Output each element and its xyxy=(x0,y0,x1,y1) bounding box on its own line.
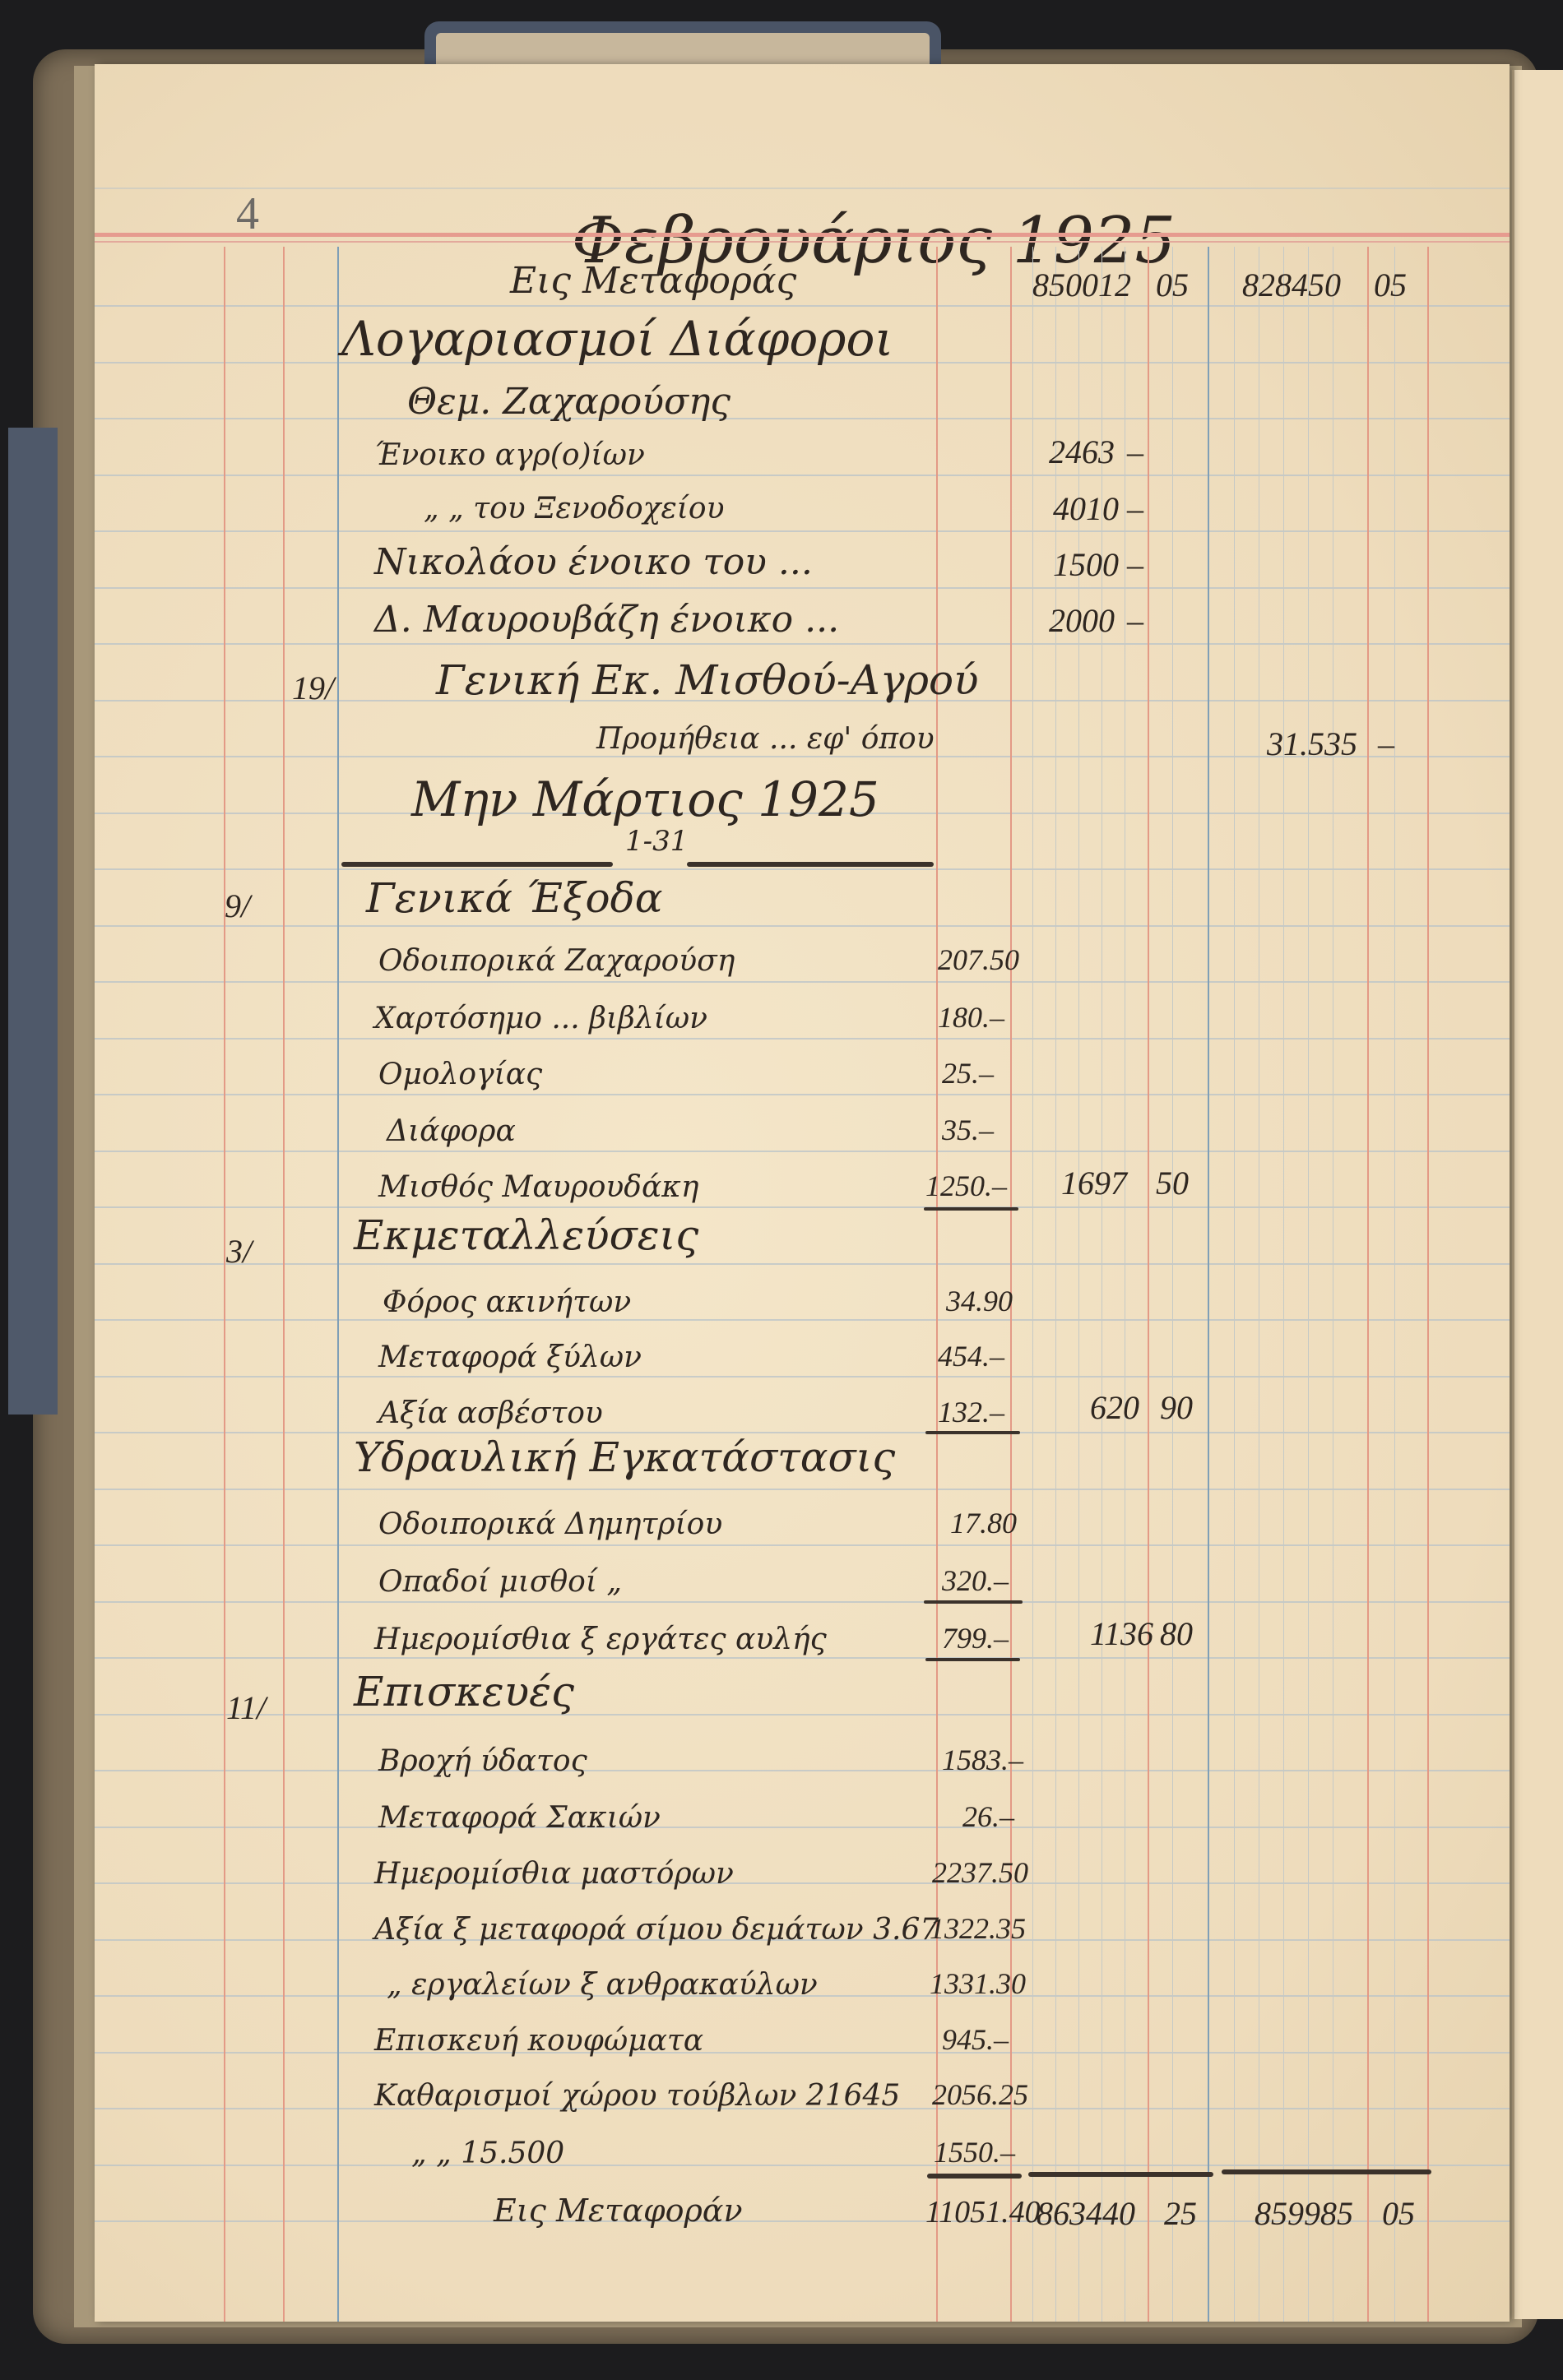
ledger-item: Επισκευή κουφώματα xyxy=(374,2024,703,2058)
item-amount: 2237.50 xyxy=(932,1855,1028,1890)
ledger-item: „ „ 15.500 xyxy=(411,2137,564,2170)
item-amount: 34.90 xyxy=(946,1284,1013,1318)
credit-cents-rule xyxy=(1367,247,1369,2322)
item-debit: 2000 xyxy=(1049,601,1115,640)
binding-tape-left xyxy=(8,428,58,1415)
item-debit: 1500 xyxy=(1053,545,1119,584)
item-amount: 35.– xyxy=(942,1113,994,1147)
month-heading: Μην Μάρτιος 1925 xyxy=(411,771,879,827)
credit-end-rule xyxy=(1427,247,1429,2322)
item-amount: 17.80 xyxy=(950,1506,1017,1540)
ledger-item: Μισθός Μαυρουδάκη xyxy=(378,1170,698,1204)
ledger-item: Οδοιπορικά Ζαχαρούση xyxy=(378,944,735,978)
item-amount: 26.– xyxy=(962,1799,1014,1834)
item-amount: 454.– xyxy=(938,1339,1004,1373)
item-amount: 1583.– xyxy=(942,1743,1023,1777)
header-rule-thin xyxy=(95,241,1510,243)
ledger-item: Ένοικο αγρ(ο)ίων xyxy=(374,438,645,472)
item-amount: 320.– xyxy=(942,1563,1009,1598)
ledger-item: Φόρος ακινήτων xyxy=(383,1285,631,1319)
section-heading: Εκμεταλλεύσεις xyxy=(354,1211,698,1259)
section-heading: Υδραυλική Εγκατάστασις xyxy=(354,1433,895,1481)
ledger-item: Ημερομίσθια μαστόρων xyxy=(374,1857,734,1891)
ledger-item: Χαρτόσημο ... βιβλίων xyxy=(374,1002,707,1035)
margin-date: 3/ xyxy=(226,1232,252,1271)
ledger-item: Διάφορα xyxy=(387,1114,516,1148)
item-amount: 945.– xyxy=(942,2022,1009,2057)
ledger-item: Αξία ξ μεταφορά σίμου δεμάτων 3.67 xyxy=(374,1913,939,1947)
account-name: Θεμ. Ζαχαρούσης xyxy=(407,381,730,423)
ledger-item: Ημερομίσθια ξ εργάτες αυλής xyxy=(374,1623,827,1656)
item-amount: 180.– xyxy=(938,1000,1004,1035)
margin-rule-1 xyxy=(224,247,225,2322)
margin-rule-2 xyxy=(283,247,285,2322)
amount-rule-left xyxy=(936,247,938,2322)
item-amount: 1550.– xyxy=(934,2135,1015,2169)
facing-page-edge xyxy=(1512,70,1563,2319)
description-rule xyxy=(337,247,339,2322)
margin-date: 11/ xyxy=(226,1688,266,1727)
ledger-item: Βροχή ύδατος xyxy=(378,1744,587,1778)
ledger-item: Οπαδοί μισθοί „ xyxy=(378,1565,622,1599)
margin-date: 19/ xyxy=(292,669,334,707)
debit-credit-divider xyxy=(1208,247,1209,2322)
carry-over-label: Εις Μεταφοράν xyxy=(494,2192,743,2229)
header-rule xyxy=(95,233,1510,237)
item-amount: 1331.30 xyxy=(930,1966,1026,2001)
item-amount: 25.– xyxy=(942,1056,994,1090)
carry-forward-label: Εις Μεταφοράς xyxy=(510,260,796,302)
section-heading: Επισκευές xyxy=(354,1668,574,1716)
carry-over-debit: 863440 xyxy=(1037,2194,1135,2233)
ledger-item: „ εργαλείων ξ ανθρακαύλων xyxy=(387,1968,818,2002)
item-amount: 1250.– xyxy=(925,1169,1007,1203)
date-range: 1-31 xyxy=(625,825,688,858)
ledger-item: Καθαρισμοί χώρου τούβλων 21645 xyxy=(374,2079,900,2113)
subtotal-debit: 620 xyxy=(1090,1388,1139,1427)
carry-forward-credit: 828450 xyxy=(1242,266,1341,304)
ledger-page: 4 Φεβρουάριος 1925 xyxy=(95,64,1510,2322)
ledger-item: Προμήθεια ... εφ' όπου xyxy=(596,722,935,756)
subtotal-debit: 1697 xyxy=(1061,1164,1127,1202)
margin-date: 9/ xyxy=(225,887,250,925)
carry-forward-debit: 850012 xyxy=(1032,266,1131,304)
section-heading: Γενική Εκ. Μισθού-Αγρού xyxy=(436,656,979,704)
carry-over-amount: 11051.40 xyxy=(925,2194,1041,2230)
ledger-item: Δ. Μαυρουβάζη ένοικο ... xyxy=(374,599,839,641)
ledger-item: „ „ του Ξενοδοχείου xyxy=(424,492,724,526)
ledger-item: Αξία ασβέστου xyxy=(378,1396,603,1430)
debit-cents-rule xyxy=(1148,247,1149,2322)
item-amount: 132.– xyxy=(938,1395,1004,1429)
carry-over-debit-cents: 25 xyxy=(1164,2194,1197,2233)
title-guide-line xyxy=(95,188,1510,189)
item-credit: 31.535 xyxy=(1267,725,1357,763)
ledger-item: Οδοιπορικά Δημητρίου xyxy=(378,1507,722,1541)
item-amount: 207.50 xyxy=(938,942,1019,977)
item-amount: 1322.35 xyxy=(930,1911,1026,1946)
ledger-item: Μεταφορά ξύλων xyxy=(378,1340,642,1374)
carry-over-credit-cents: 05 xyxy=(1382,2194,1415,2233)
carry-forward-credit-cents: 05 xyxy=(1374,266,1407,304)
carry-forward-debit-cents: 05 xyxy=(1156,266,1189,304)
ledger-item: Νικολάου ένοικο του ... xyxy=(374,541,813,583)
subtotal-debit: 1136 xyxy=(1090,1614,1153,1653)
item-amount: 2056.25 xyxy=(932,2077,1028,2112)
item-amount: 799.– xyxy=(942,1621,1009,1655)
item-debit: 4010 xyxy=(1053,489,1119,528)
carry-over-credit: 859985 xyxy=(1255,2194,1353,2233)
ledger-item: Ομολογίας xyxy=(378,1058,542,1091)
ledger-item: Μεταφορά Σακιών xyxy=(378,1801,661,1835)
section-heading: Γενικά Έξοδα xyxy=(366,874,662,922)
section-heading: Λογαριασμοί Διάφοροι xyxy=(341,311,893,367)
item-debit: 2463 xyxy=(1049,433,1115,471)
